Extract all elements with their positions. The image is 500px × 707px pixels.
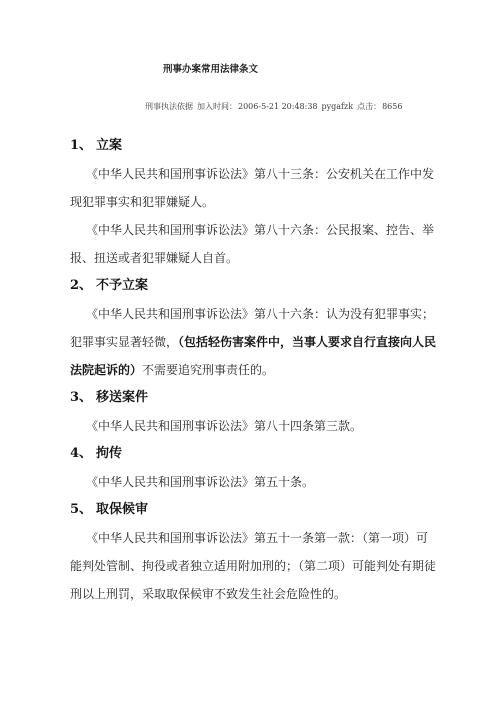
text-segment: 现犯罪事实和犯罪嫌疑人。: [70, 195, 214, 209]
section-heading-text: 立案: [96, 138, 122, 153]
text-segment: 《中华人民共和国刑事诉讼法》第八十四条第三款。: [86, 419, 362, 433]
section-heading: 5、取保候审: [70, 496, 448, 524]
paragraph-line: 刑以上刑罚，采取取保候审不致发生社会危险性的。: [70, 580, 448, 608]
bold-text-segment: （包括轻伤害案件中，当事人要求自行直接向人民: [178, 335, 436, 349]
text-segment: 《中华人民共和国刑事诉讼法》第八十六条：公民报案、控告、举: [86, 223, 434, 237]
paragraph-line: 犯罪事实显著轻微，（包括轻伤害案件中，当事人要求自行直接向人民: [70, 328, 448, 356]
document-title: 刑事办案常用法律条文: [163, 61, 258, 75]
meta-category: 刑事执法依据: [145, 102, 193, 111]
text-segment: 《中华人民共和国刑事诉讼法》第五十一条第一款：（第一项）可: [86, 531, 428, 545]
text-segment: 《中华人民共和国刑事诉讼法》第五十条。: [86, 475, 314, 489]
meta-added-value: 2006-5-21 20:48:38: [238, 102, 318, 111]
document-body: 1、立案《中华人民共和国刑事诉讼法》第八十三条：公安机关在工作中发现犯罪事实和犯…: [70, 132, 448, 608]
text-segment: 犯罪事实显著轻微，: [70, 335, 178, 349]
text-segment: 不需要追究刑事责任的。: [142, 363, 274, 377]
meta-hits-label: 点击：: [357, 102, 381, 111]
section-number: 2、: [70, 278, 92, 293]
text-segment: 报、扭送或者犯罪嫌疑人自首。: [70, 251, 238, 265]
section-heading: 3、移送案件: [70, 384, 448, 412]
text-segment: 刑以上刑罚，采取取保候审不致发生社会危险性的。: [70, 587, 346, 601]
paragraph-line: 现犯罪事实和犯罪嫌疑人。: [70, 188, 448, 216]
section-heading-text: 移送案件: [96, 390, 148, 405]
section-heading: 2、不予立案: [70, 272, 448, 300]
section-heading-text: 取保候审: [96, 502, 148, 517]
paragraph-line: 《中华人民共和国刑事诉讼法》第五十一条第一款：（第一项）可: [70, 524, 448, 552]
section-heading-text: 不予立案: [96, 278, 148, 293]
meta-hits-value: 8656: [382, 102, 402, 111]
document-meta: 刑事执法依据加入时间：2006-5-21 20:48:38pygafzk点击：8…: [145, 102, 406, 112]
section-heading: 4、拘传: [70, 440, 448, 468]
paragraph-line: 能判处管制、拘役或者独立适用附加刑的；（第二项）可能判处有期徒: [70, 552, 448, 580]
paragraph-line: 法院起诉的）不需要追究刑事责任的。: [70, 356, 448, 384]
bold-text-segment: 法院起诉的）: [70, 363, 142, 377]
paragraph-line: 《中华人民共和国刑事诉讼法》第五十条。: [70, 468, 448, 496]
section-number: 5、: [70, 502, 92, 517]
document-page: 刑事办案常用法律条文 刑事执法依据加入时间：2006-5-21 20:48:38…: [0, 0, 500, 707]
section-number: 4、: [70, 446, 92, 461]
meta-added-label: 加入时间：: [197, 102, 237, 111]
section-number: 3、: [70, 390, 92, 405]
section-number: 1、: [70, 138, 92, 153]
text-segment: 《中华人民共和国刑事诉讼法》第八十六条：认为没有犯罪事实；: [86, 307, 434, 321]
paragraph-line: 《中华人民共和国刑事诉讼法》第八十四条第三款。: [70, 412, 448, 440]
paragraph-line: 《中华人民共和国刑事诉讼法》第八十三条：公安机关在工作中发: [70, 160, 448, 188]
meta-author: pygafzk: [322, 102, 354, 111]
text-segment: 《中华人民共和国刑事诉讼法》第八十三条：公安机关在工作中发: [86, 167, 434, 181]
paragraph-line: 《中华人民共和国刑事诉讼法》第八十六条：公民报案、控告、举: [70, 216, 448, 244]
paragraph-line: 《中华人民共和国刑事诉讼法》第八十六条：认为没有犯罪事实；: [70, 300, 448, 328]
text-segment: 能判处管制、拘役或者独立适用附加刑的；（第二项）可能判处有期徒: [70, 559, 436, 573]
paragraph-line: 报、扭送或者犯罪嫌疑人自首。: [70, 244, 448, 272]
section-heading: 1、立案: [70, 132, 448, 160]
section-heading-text: 拘传: [96, 446, 122, 461]
